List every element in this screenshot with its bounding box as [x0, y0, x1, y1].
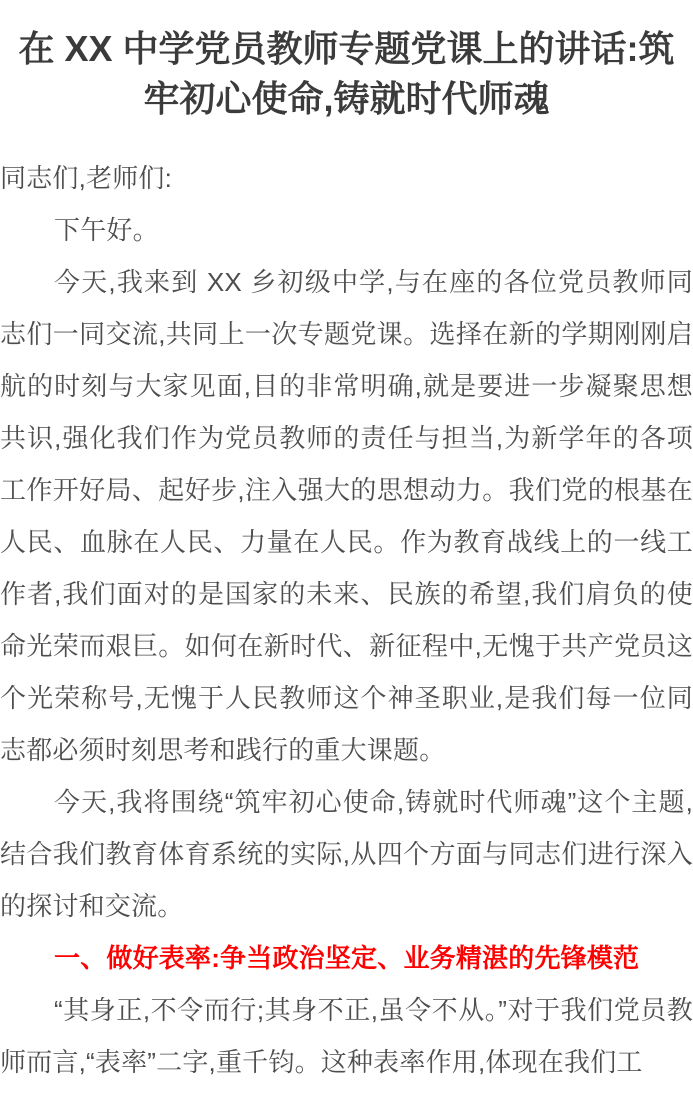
document-title: 在 XX 中学党员教师专题党课上的讲话:筑牢初心使命,铸就时代师魂	[4, 24, 689, 124]
speech-document: 在 XX 中学党员教师专题党课上的讲话:筑牢初心使命,铸就时代师魂 同志们,老师…	[0, 0, 693, 1097]
section-1-paragraph: “其身正,不令而行;其身不正,虽令不从。”对于我们党员教师而言,“表率”二字,重…	[0, 984, 693, 1088]
intro-paragraph: 今天,我来到 XX 乡初级中学,与在座的各位党员教师同志们一同交流,共同上一次专…	[0, 256, 693, 776]
theme-paragraph: 今天,我将围绕“筑牢初心使命,铸就时代师魂”这个主题,结合我们教育体育系统的实际…	[0, 776, 693, 932]
greeting-paragraph: 下午好。	[0, 204, 693, 256]
section-heading-1: 一、做好表率:争当政治坚定、业务精湛的先锋模范	[0, 932, 693, 984]
salutation-line: 同志们,老师们:	[0, 152, 693, 204]
